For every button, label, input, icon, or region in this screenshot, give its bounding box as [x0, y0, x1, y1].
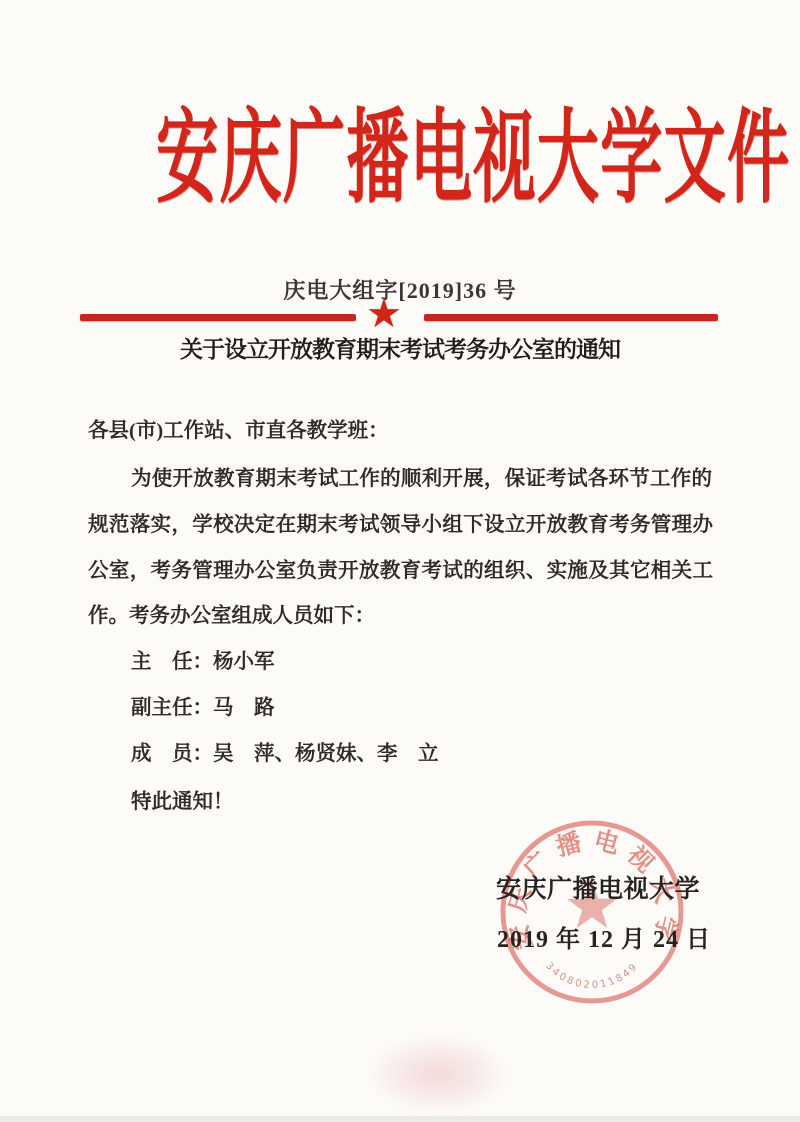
issue-date: 2019 年 12 月 24 日 — [497, 919, 711, 954]
star-icon: ★ — [366, 294, 402, 334]
ink-smudge — [368, 1035, 508, 1113]
member-line-members: 成 员：吴 萍、杨贤妹、李 立 — [131, 739, 691, 771]
official-seal: 安庆广播电视大学 340802011849 — [488, 808, 696, 1016]
paragraph-line: 规范落实，学校决定在期末考试领导小组下设立开放教育考务管理办 — [88, 510, 713, 542]
scan-edge — [0, 1116, 800, 1122]
member-line-deputy: 副主任：马 路 — [131, 693, 631, 725]
issuer-signature: 安庆广播电视大学 — [496, 869, 700, 905]
paragraph-line: 为使开放教育期末考试工作的顺利开展，保证考试各环节工作的 — [131, 464, 712, 496]
member-line-director: 主 任：杨小军 — [131, 647, 631, 679]
paragraph-line: 公室，考务管理办公室负责开放教育考试的组织、实施及其它相关工 — [88, 556, 713, 588]
divider-line-right — [424, 314, 718, 321]
seal-serial-number: 340802011849 — [543, 960, 641, 991]
salutation-line: 各县(市)工作站、市直各教学班： — [88, 416, 728, 448]
masthead-title: 安庆广播电视大学文件 — [156, 100, 644, 220]
notice-title: 关于设立开放教育期末考试考务办公室的通知 — [0, 331, 800, 364]
paragraph-line: 作。考务办公室组成人员如下： — [88, 601, 728, 633]
closing-line: 特此通知！ — [131, 787, 431, 819]
document-page: 安庆广播电视大学文件 庆电大组字[2019]36 号 ★ 关于设立开放教育期末考… — [0, 0, 800, 1122]
divider-line-left — [80, 314, 356, 321]
